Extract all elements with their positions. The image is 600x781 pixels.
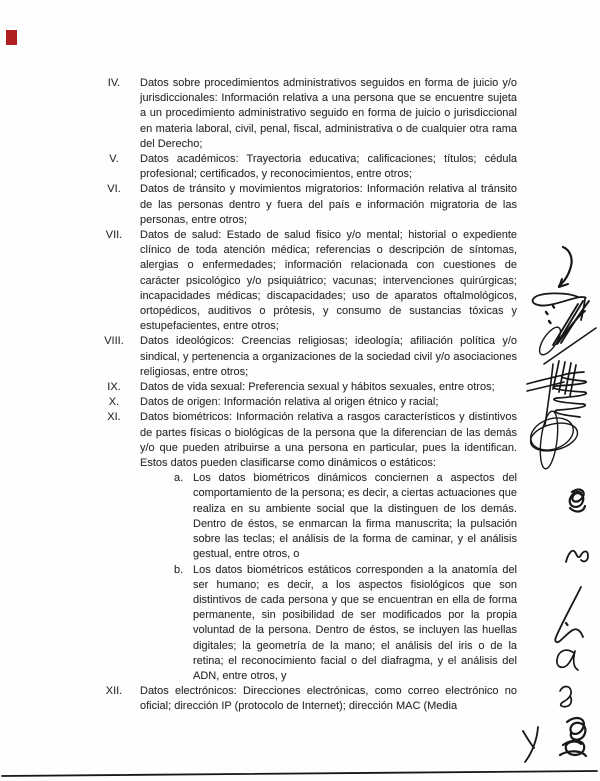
sub-item-letter: b. xyxy=(174,563,193,685)
signature-scrawl-stroke-2 xyxy=(557,301,583,344)
data-category-list: IV. Datos sobre procedimientos administr… xyxy=(88,76,517,715)
signature-flourish-ellipse-1 xyxy=(526,412,578,455)
list-item: VIII. Datos ideológicos: Creencias relig… xyxy=(88,334,517,380)
margin-ink-marks xyxy=(523,490,588,762)
signature-flourish-ellipse-3 xyxy=(538,410,561,470)
ink-cursive-a xyxy=(557,650,578,670)
item-text: Datos ideológicos: Creencias religiosas;… xyxy=(140,334,517,380)
ink-loop-mark xyxy=(566,551,588,562)
signature-lower-cluster xyxy=(526,361,586,470)
item-body: Datos electrónicos: Direcciones electrón… xyxy=(140,684,517,714)
list-item: VII. Datos de salud: Estado de salud fis… xyxy=(88,228,517,334)
scan-edge-line xyxy=(2,771,597,776)
ink-slash-mark xyxy=(555,587,583,642)
scanned-document-page: IV. Datos sobre procedimientos administr… xyxy=(0,0,600,781)
signature-left-strokes xyxy=(527,374,567,391)
item-text: Datos de salud: Estado de salud fisico y… xyxy=(140,228,517,334)
signature-lasso-loop xyxy=(533,293,586,320)
signature-scrawl-stroke-4 xyxy=(558,311,585,343)
item-numeral: XI. xyxy=(88,410,140,425)
sub-list-item: a. Los datos biométricos dinámicos conci… xyxy=(174,471,517,562)
ink-dot xyxy=(566,623,568,625)
item-numeral: X. xyxy=(88,395,140,410)
item-body: Datos de salud: Estado de salud fisico y… xyxy=(140,228,517,334)
red-ink-mark xyxy=(6,30,17,45)
ink-scribble-2 xyxy=(560,718,586,756)
item-numeral: VI. xyxy=(88,182,140,197)
item-text: Datos de vida sexual: Preferencia sexual… xyxy=(140,380,517,395)
item-numeral: V. xyxy=(88,152,140,167)
item-body: Datos de tránsito y movimientos migrator… xyxy=(140,182,517,228)
signature-flourish-ellipse-2 xyxy=(528,419,581,456)
item-numeral: IV. xyxy=(88,76,140,91)
item-body: Datos de origen: Información relativa al… xyxy=(140,395,517,410)
item-text: Datos sobre procedimientos administrativ… xyxy=(140,76,517,152)
item-text: Datos de tránsito y movimientos migrator… xyxy=(140,182,517,228)
item-numeral: VIII. xyxy=(88,334,140,349)
ink-scribble-1 xyxy=(570,490,585,512)
item-body: Datos sobre procedimientos administrativ… xyxy=(140,76,517,152)
sub-item-list: a. Los datos biométricos dinámicos conci… xyxy=(140,471,517,684)
item-body: Datos de vida sexual: Preferencia sexual… xyxy=(140,380,517,395)
signature-open-ellipse xyxy=(536,324,565,358)
list-item: V. Datos académicos: Trayectoria educati… xyxy=(88,152,517,182)
item-numeral: XII. xyxy=(88,684,140,699)
item-body: Datos biométricos: Información relativa … xyxy=(140,410,517,684)
item-text: Datos electrónicos: Direcciones electrón… xyxy=(140,684,517,714)
signature-cross-line xyxy=(544,328,596,364)
signature-arrow-stroke xyxy=(559,247,572,286)
item-numeral: IX. xyxy=(88,380,140,395)
list-item: XII. Datos electrónicos: Direcciones ele… xyxy=(88,684,517,714)
list-item: VI. Datos de tránsito y movimientos migr… xyxy=(88,182,517,228)
signature-scrawl-stroke-1 xyxy=(561,301,589,343)
signature-long-cross xyxy=(545,364,553,425)
list-item: X. Datos de origen: Información relativa… xyxy=(88,395,517,410)
item-body: Datos ideológicos: Creencias religiosas;… xyxy=(140,334,517,380)
sub-item-text: Los datos biométricos estáticos correspo… xyxy=(193,563,517,685)
signature-vertical-strokes xyxy=(553,361,576,396)
item-text: Datos biométricos: Información relativa … xyxy=(140,410,517,471)
item-text: Datos de origen: Información relativa al… xyxy=(140,395,517,410)
signature-scrawl-stroke-3 xyxy=(553,304,578,345)
sub-list-item: b. Los datos biométricos estáticos corre… xyxy=(174,563,517,685)
signature-coil-stroke xyxy=(553,372,586,417)
signature-ink-dots xyxy=(546,306,554,323)
item-body: Datos académicos: Trayectoria educativa;… xyxy=(140,152,517,182)
signature-arrowhead xyxy=(559,279,568,287)
signature-upper-cluster xyxy=(533,247,596,364)
list-item: IV. Datos sobre procedimientos administr… xyxy=(88,76,517,152)
sub-item-letter: a. xyxy=(174,471,193,562)
ink-y-mark xyxy=(523,727,538,762)
list-item: XI. Datos biométricos: Información relat… xyxy=(88,410,517,684)
ink-cursive-g xyxy=(560,687,571,707)
item-text: Datos académicos: Trayectoria educativa;… xyxy=(140,152,517,182)
list-item: IX. Datos de vida sexual: Preferencia se… xyxy=(88,380,517,395)
sub-item-text: Los datos biométricos dinámicos conciern… xyxy=(193,471,517,562)
item-numeral: VII. xyxy=(88,228,140,243)
